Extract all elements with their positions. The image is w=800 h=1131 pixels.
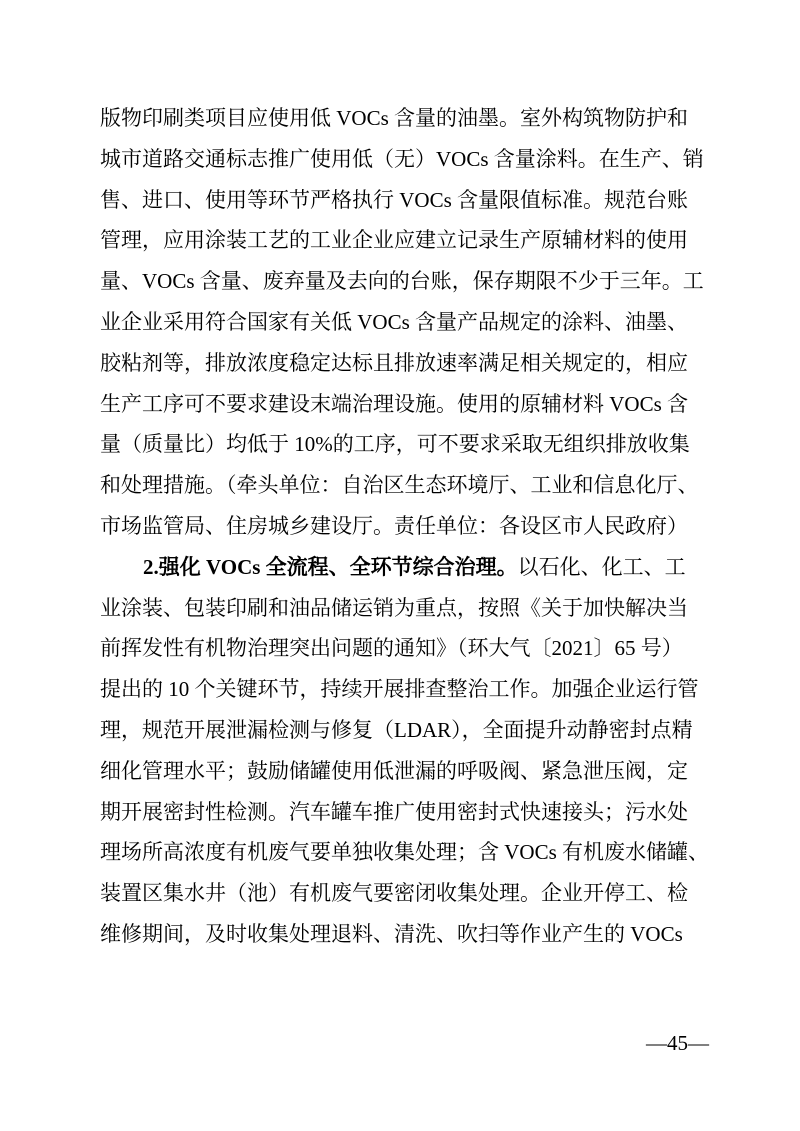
text-segment: 版物印刷类项目应使用低 VOCs 含量的油墨。室外构筑物防护和	[100, 106, 688, 130]
text-segment: 前挥发性有机物治理突出问题的通知》（环大气〔2021〕65 号）	[100, 636, 683, 660]
text-segment: 量（质量比）均低于 10%的工序，可不要求采取无组织排放收集	[100, 432, 690, 456]
text-line: 城市道路交通标志推广使用低（无）VOCs 含量涂料。在生产、销	[100, 139, 710, 180]
text-line: 细化管理水平；鼓励储罐使用低泄漏的呼吸阀、紧急泄压阀，定	[100, 751, 710, 792]
text-line: 胶粘剂等，排放浓度稳定达标且排放速率满足相关规定的，相应	[100, 343, 710, 384]
page-number: —45—	[646, 1030, 709, 1056]
text-segment: 城市道路交通标志推广使用低（无）VOCs 含量涂料。在生产、销	[100, 147, 704, 171]
text-line: 版物印刷类项目应使用低 VOCs 含量的油墨。室外构筑物防护和	[100, 98, 710, 139]
text-line: 量（质量比）均低于 10%的工序，可不要求采取无组织排放收集	[100, 424, 710, 465]
text-line: 2.强化 VOCs 全流程、全环节综合治理。以石化、化工、工	[100, 547, 710, 588]
text-line: 售、进口、使用等环节严格执行 VOCs 含量限值标准。规范台账	[100, 180, 710, 221]
text-line: 维修期间，及时收集处理退料、清洗、吹扫等作业产生的 VOCs	[100, 914, 710, 955]
text-segment: 维修期间，及时收集处理退料、清洗、吹扫等作业产生的 VOCs	[100, 922, 683, 946]
text-segment: 市场监管局、住房城乡建设厅。责任单位：各设区市人民政府）	[100, 514, 688, 538]
text-segment: 细化管理水平；鼓励储罐使用低泄漏的呼吸阀、紧急泄压阀，定	[100, 759, 688, 783]
bold-text-segment: 2.强化 VOCs 全流程、全环节综合治理。	[143, 555, 518, 579]
text-line: 和处理措施。（牵头单位：自治区生态环境厅、工业和信息化厅、	[100, 465, 710, 506]
text-segment: 生产工序可不要求建设末端治理设施。使用的原辅材料 VOCs 含	[100, 392, 688, 416]
text-line: 期开展密封性检测。汽车罐车推广使用密封式快速接头；污水处	[100, 792, 710, 833]
document-page: 版物印刷类项目应使用低 VOCs 含量的油墨。室外构筑物防护和城市道路交通标志推…	[0, 0, 800, 1131]
text-segment: 提出的 10 个关键环节，持续开展排查整治工作。加强企业运行管	[100, 677, 699, 701]
text-line: 业涂装、包装印刷和油品储运销为重点，按照《关于加快解决当	[100, 588, 710, 629]
text-segment: 和处理措施。（牵头单位：自治区生态环境厅、工业和信息化厅、	[100, 473, 699, 497]
text-line: 量、VOCs 含量、废弃量及去向的台账，保存期限不少于三年。工	[100, 261, 710, 302]
text-segment: 量、VOCs 含量、废弃量及去向的台账，保存期限不少于三年。工	[100, 269, 704, 293]
text-segment: 理，规范开展泄漏检测与修复（LDAR），全面提升动静密封点精	[100, 718, 693, 742]
text-line: 业企业采用符合国家有关低 VOCs 含量产品规定的涂料、油墨、	[100, 302, 710, 343]
text-segment: 期开展密封性检测。汽车罐车推广使用密封式快速接头；污水处	[100, 800, 688, 824]
text-block: 版物印刷类项目应使用低 VOCs 含量的油墨。室外构筑物防护和城市道路交通标志推…	[100, 98, 710, 955]
text-line: 市场监管局、住房城乡建设厅。责任单位：各设区市人民政府）	[100, 506, 710, 547]
text-segment: 以石化、化工、工	[518, 555, 686, 579]
text-segment: 胶粘剂等，排放浓度稳定达标且排放速率满足相关规定的，相应	[100, 351, 688, 375]
text-line: 生产工序可不要求建设末端治理设施。使用的原辅材料 VOCs 含	[100, 384, 710, 425]
text-line: 提出的 10 个关键环节，持续开展排查整治工作。加强企业运行管	[100, 669, 710, 710]
text-line: 管理，应用涂装工艺的工业企业应建立记录生产原辅材料的使用	[100, 220, 710, 261]
text-segment: 管理，应用涂装工艺的工业企业应建立记录生产原辅材料的使用	[100, 228, 688, 252]
text-line: 理场所高浓度有机废气要单独收集处理；含 VOCs 有机废水储罐、	[100, 832, 710, 873]
text-segment: 业涂装、包装印刷和油品储运销为重点，按照《关于加快解决当	[100, 596, 688, 620]
text-segment: 售、进口、使用等环节严格执行 VOCs 含量限值标准。规范台账	[100, 188, 688, 212]
text-line: 装置区集水井（池）有机废气要密闭收集处理。企业开停工、检	[100, 873, 710, 914]
text-line: 理，规范开展泄漏检测与修复（LDAR），全面提升动静密封点精	[100, 710, 710, 751]
text-segment: 业企业采用符合国家有关低 VOCs 含量产品规定的涂料、油墨、	[100, 310, 688, 334]
text-segment: 装置区集水井（池）有机废气要密闭收集处理。企业开停工、检	[100, 881, 688, 905]
text-line: 前挥发性有机物治理突出问题的通知》（环大气〔2021〕65 号）	[100, 628, 710, 669]
text-segment: 理场所高浓度有机废气要单独收集处理；含 VOCs 有机废水储罐、	[100, 840, 709, 864]
